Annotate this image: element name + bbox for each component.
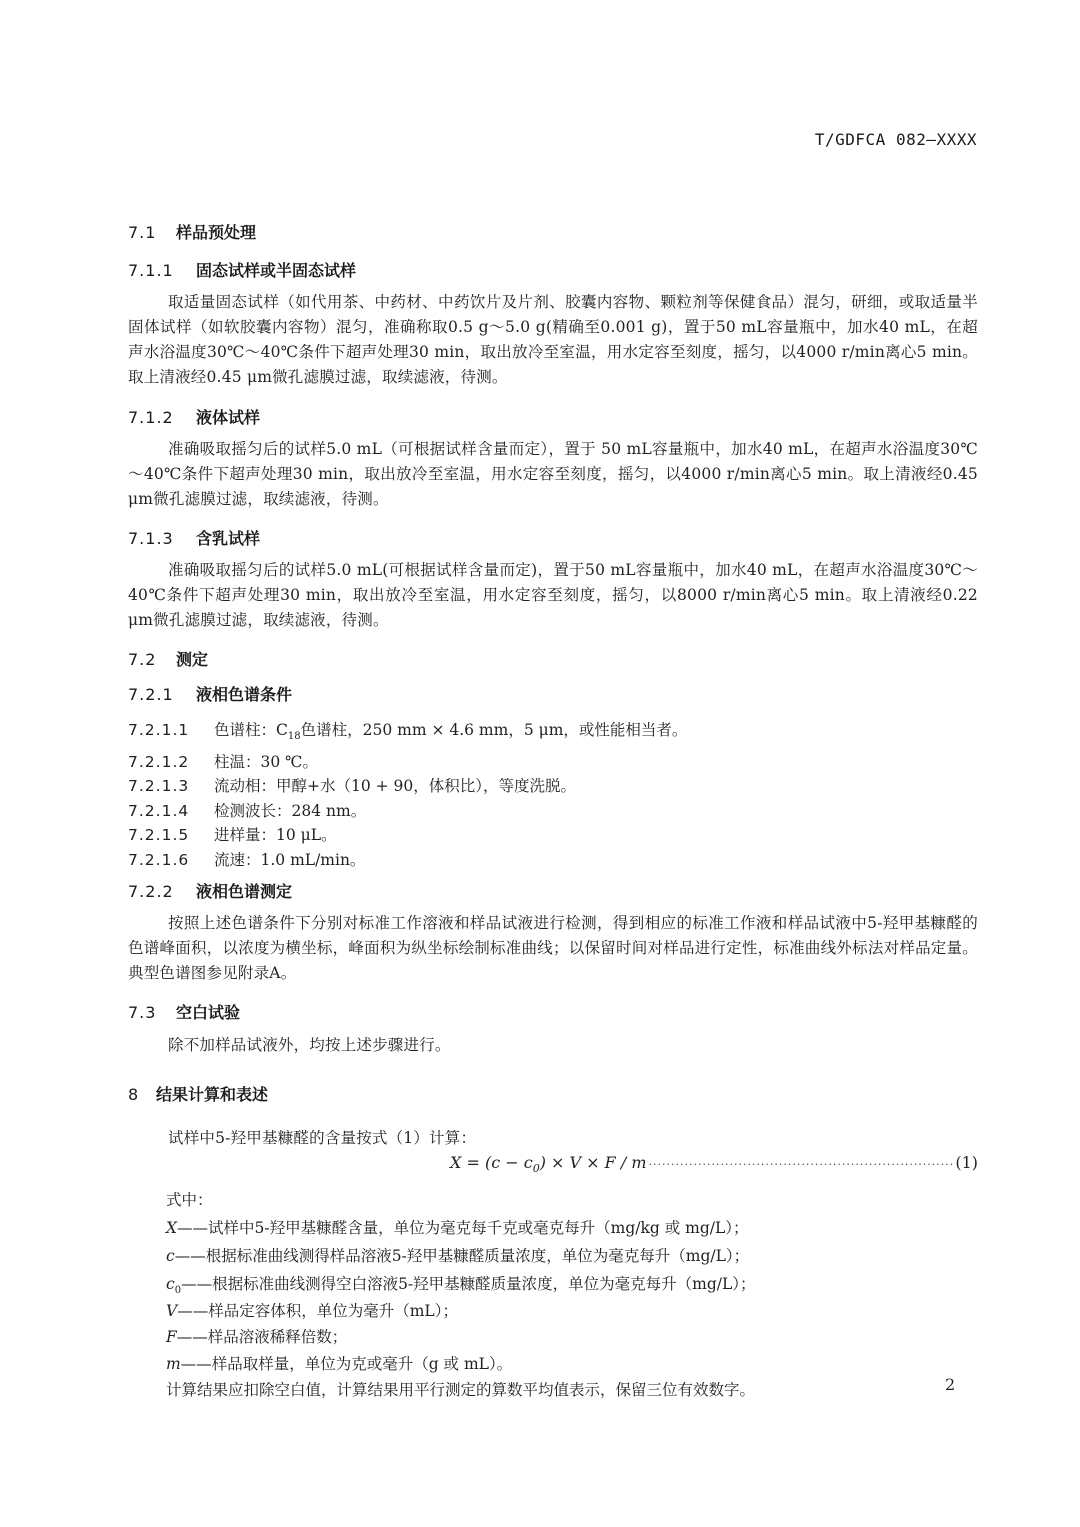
page-number: 2 — [945, 1375, 955, 1394]
section-title: 含乳试样 — [196, 529, 260, 548]
definition-item: c0——根据标准曲线测得空白溶液5-羟甲基糠醛质量浓度，单位为毫克每升（mg/L… — [166, 1272, 756, 1296]
heading-8: 8结果计算和表述 — [128, 1082, 978, 1105]
condition-number: 7.2.1.4 — [128, 799, 214, 824]
formula-expression: X = (c − c0) × V × F / m — [450, 1153, 647, 1175]
definition-item: V——样品定容体积，单位为毫升（mL）； — [166, 1299, 458, 1321]
section-title: 液相色谱条件 — [196, 685, 292, 704]
result-note: 计算结果应扣除空白值，计算结果用平行测定的算数平均值表示，保留三位有效数字。 — [166, 1378, 755, 1400]
formula-intro: 试样中5-羟甲基糠醛的含量按式（1）计算： — [128, 1126, 978, 1151]
paragraph-7-1-3: 准确吸取摇匀后的试样5.0 mL(可根据试样含量而定)，置于50 mL容量瓶中，… — [128, 558, 978, 633]
paragraph-7-2-2: 按照上述色谱条件下分别对标准工作溶液和样品试液进行检测，得到相应的标准工作液和样… — [128, 911, 978, 986]
condition-text: 检测波长：284 nm。 — [214, 802, 366, 820]
chromatography-conditions-list: 7.2.1.1色谱柱：C18色谱柱，250 mm × 4.6 mm，5 μm，或… — [128, 718, 978, 872]
definition-item: m——样品取样量，单位为克或毫升（g 或 mL）。 — [166, 1352, 512, 1374]
condition-text-cont: 色谱柱，250 mm × 4.6 mm，5 μm，或性能相当者。 — [301, 721, 688, 739]
section-number: 7.3 — [128, 1003, 176, 1022]
section-title: 测定 — [176, 650, 208, 669]
condition-item: 7.2.1.6流速：1.0 mL/min。 — [128, 848, 978, 873]
condition-text: 色谱柱：C — [214, 721, 288, 739]
where-label: 式中： — [166, 1188, 213, 1210]
condition-text: 流动相：甲醇+水（10 + 90，体积比），等度洗脱。 — [214, 777, 576, 795]
subscript: 18 — [288, 731, 301, 742]
condition-number: 7.2.1.1 — [128, 718, 214, 743]
section-number: 8 — [128, 1085, 156, 1104]
section-number: 7.1.1 — [128, 261, 196, 280]
paragraph-7-1-1: 取适量固态试样（如代用茶、中药材、中药饮片及片剂、胶囊内容物、颗粒剂等保健食品）… — [128, 290, 978, 390]
section-number: 7.1.3 — [128, 529, 196, 548]
section-number: 7.2 — [128, 650, 176, 669]
condition-number: 7.2.1.6 — [128, 848, 214, 873]
equation-number: (1) — [955, 1153, 978, 1172]
condition-text: 流速：1.0 mL/min。 — [214, 851, 365, 869]
condition-text: 进样量：10 μL。 — [214, 826, 337, 844]
heading-7-1-3: 7.1.3含乳试样 — [128, 526, 978, 549]
condition-number: 7.2.1.3 — [128, 774, 214, 799]
heading-7-2-2: 7.2.2液相色谱测定 — [128, 879, 978, 902]
paragraph-7-3: 除不加样品试液外，均按上述步骤进行。 — [128, 1033, 978, 1058]
section-number: 7.2.1 — [128, 685, 196, 704]
paragraph-7-1-2: 准确吸取摇匀后的试样5.0 mL（可根据试样含量而定），置于 50 mL容量瓶中… — [128, 437, 978, 512]
definition-item: X——试样中5-羟甲基糠醛含量，单位为毫克每千克或毫克每升（mg/kg 或 mg… — [166, 1216, 749, 1238]
heading-7-2-1: 7.2.1液相色谱条件 — [128, 682, 978, 705]
condition-item: 7.2.1.2柱温：30 ℃。 — [128, 750, 978, 775]
heading-7-1: 7.1样品预处理 — [128, 220, 978, 243]
section-title: 空白试验 — [176, 1003, 240, 1022]
document-code: T/GDFCA 082—XXXX — [815, 130, 977, 149]
section-title: 液相色谱测定 — [196, 882, 292, 901]
section-title: 样品预处理 — [176, 223, 256, 242]
condition-number: 7.2.1.5 — [128, 823, 214, 848]
leader-dots — [649, 1158, 954, 1171]
formula-1: X = (c − c0) × V × F / m (1) — [450, 1153, 978, 1175]
section-number: 7.1.2 — [128, 408, 196, 427]
heading-7-3: 7.3空白试验 — [128, 1000, 978, 1023]
condition-item: 7.2.1.5进样量：10 μL。 — [128, 823, 978, 848]
condition-item: 7.2.1.3流动相：甲醇+水（10 + 90，体积比），等度洗脱。 — [128, 774, 978, 799]
definition-item: F——样品溶液稀释倍数； — [166, 1325, 347, 1347]
section-number: 7.1 — [128, 223, 176, 242]
section-title: 液体试样 — [196, 408, 260, 427]
heading-7-2: 7.2测定 — [128, 647, 978, 670]
heading-7-1-2: 7.1.2液体试样 — [128, 405, 978, 428]
condition-text: 柱温：30 ℃。 — [214, 753, 318, 771]
section-title: 结果计算和表述 — [156, 1085, 268, 1104]
condition-item: 7.2.1.1色谱柱：C18色谱柱，250 mm × 4.6 mm，5 μm，或… — [128, 718, 978, 750]
section-number: 7.2.2 — [128, 882, 196, 901]
condition-number: 7.2.1.2 — [128, 750, 214, 775]
section-title: 固态试样或半固态试样 — [196, 261, 356, 280]
definition-item: c——根据标准曲线测得样品溶液5-羟甲基糠醛质量浓度，单位为毫克每升（mg/L）… — [166, 1244, 749, 1266]
heading-7-1-1: 7.1.1固态试样或半固态试样 — [128, 258, 978, 281]
condition-item: 7.2.1.4检测波长：284 nm。 — [128, 799, 978, 824]
